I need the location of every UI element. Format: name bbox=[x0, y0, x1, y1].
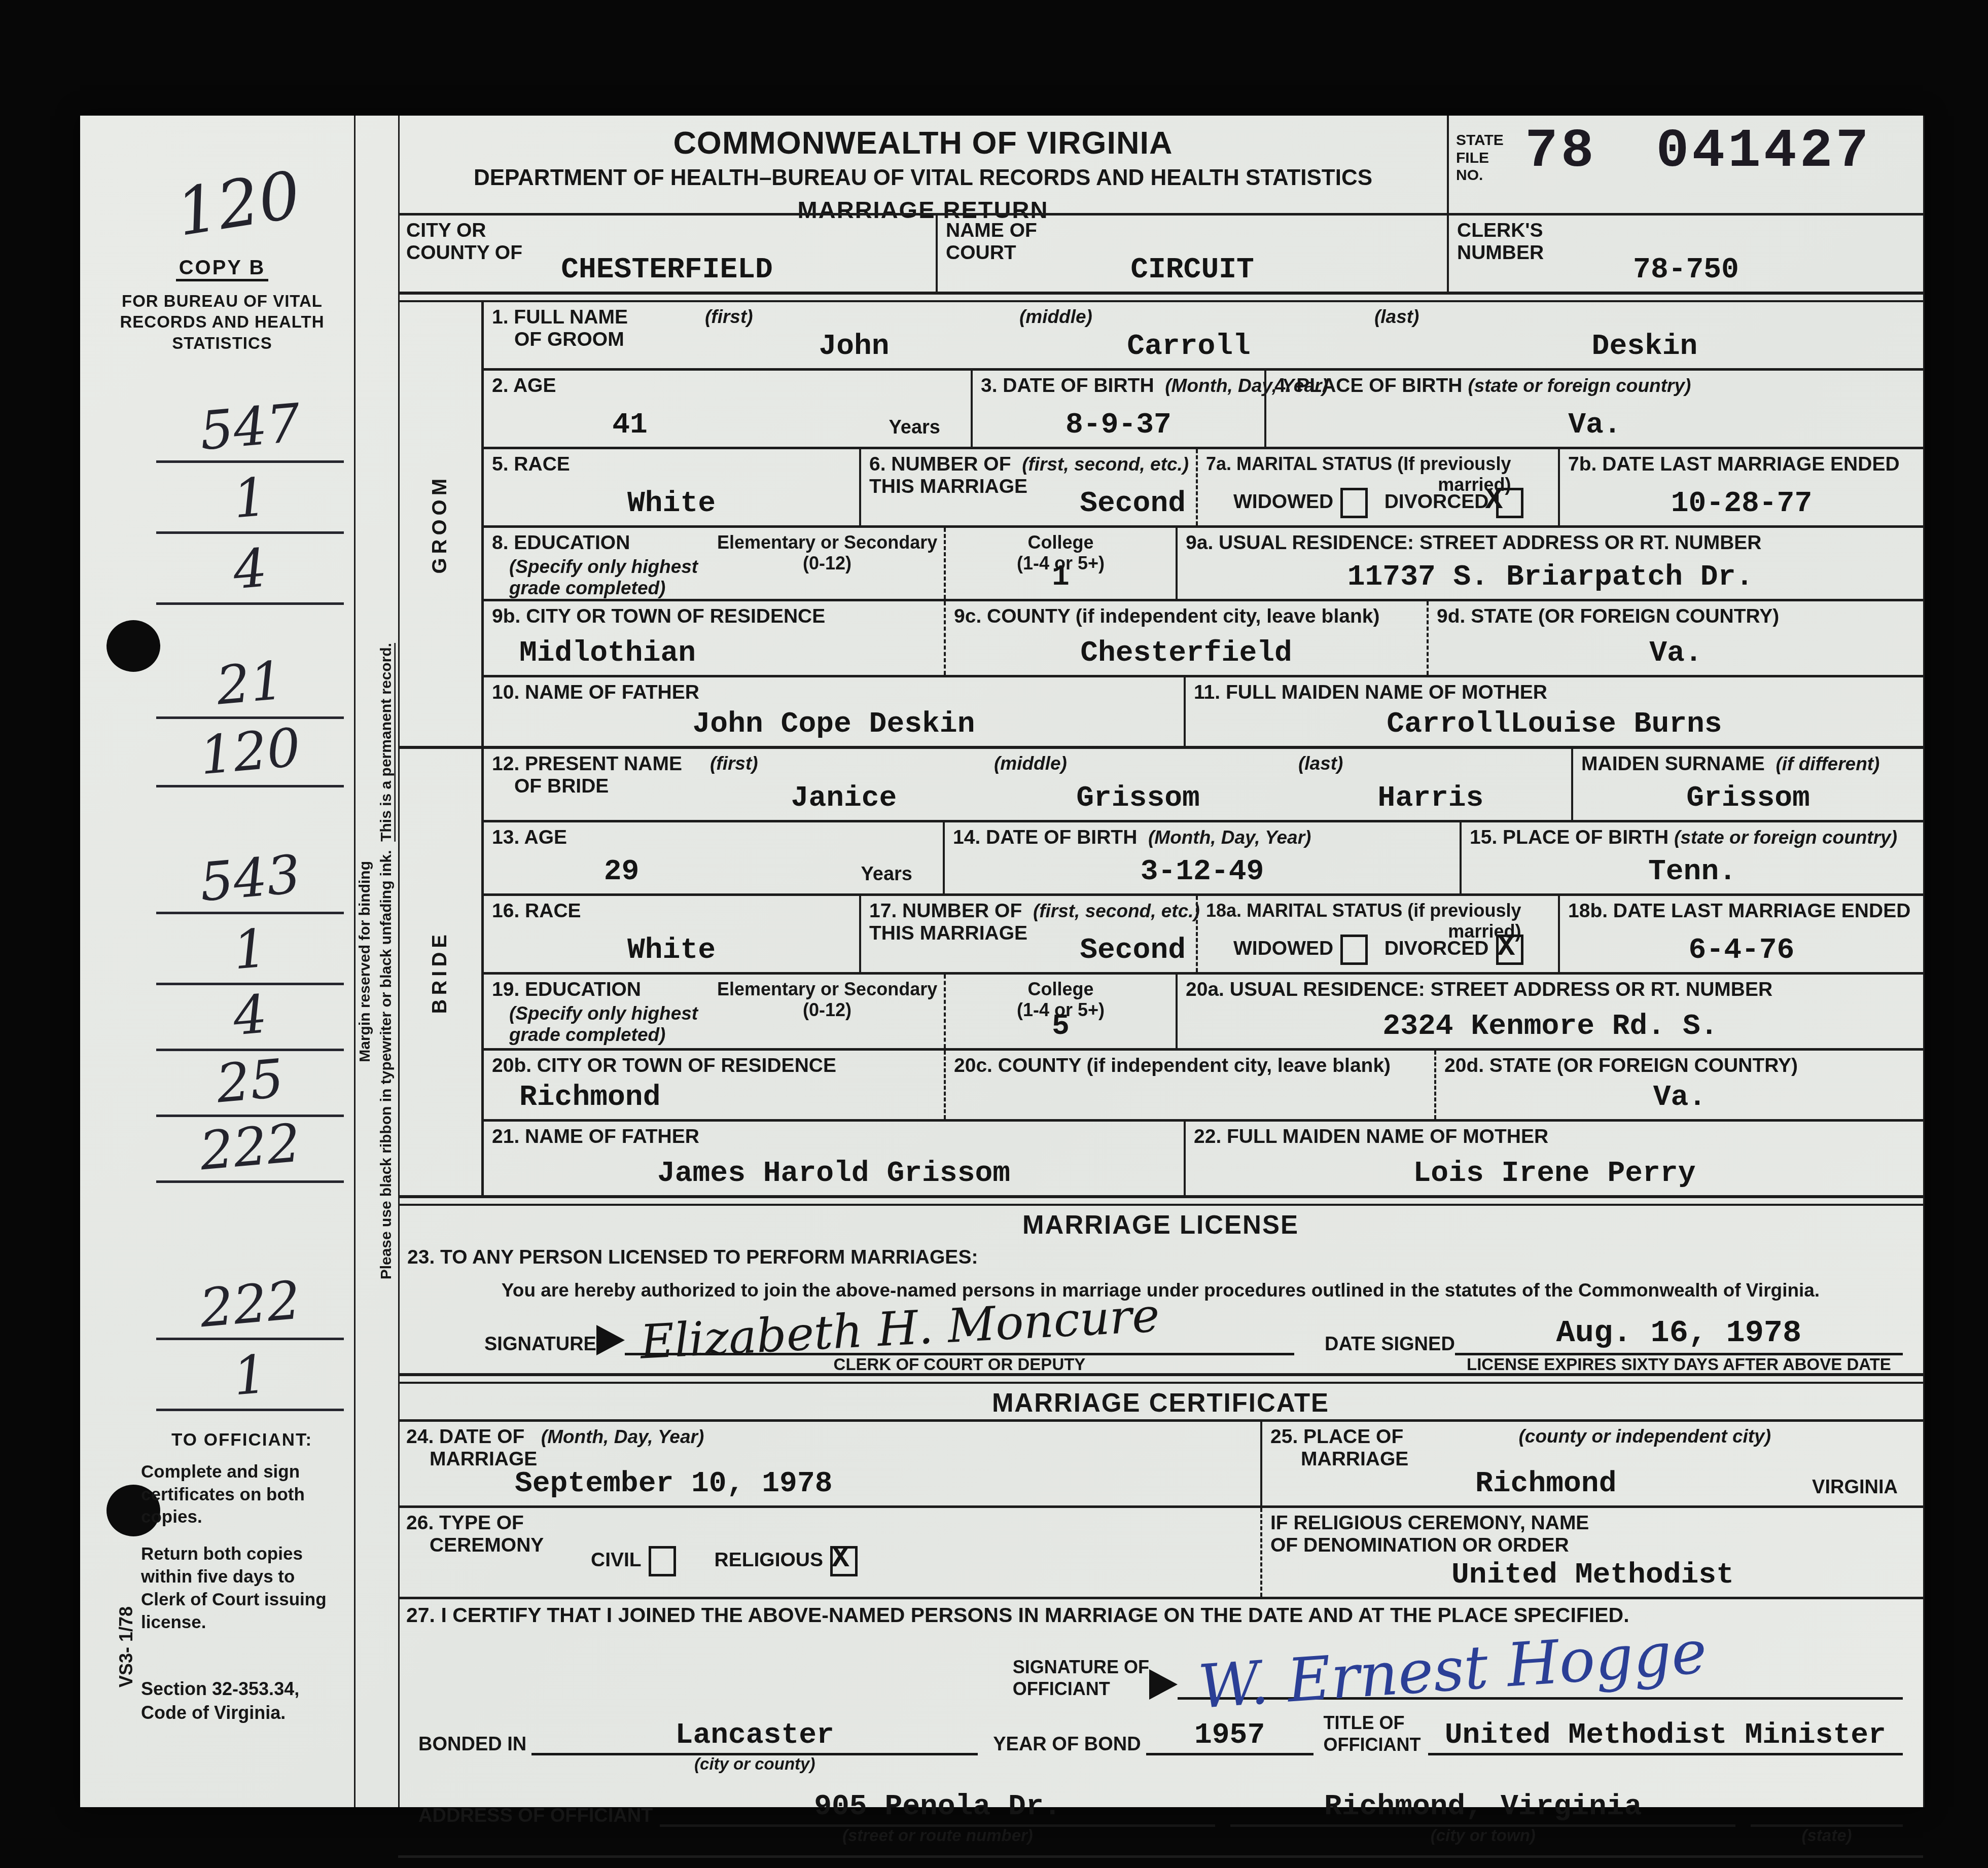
bride-side-label: BRIDE bbox=[398, 749, 484, 1195]
bride-age-row: 13. AGE 29 Years 14. DATE OF BIRTH (Mont… bbox=[484, 820, 1923, 893]
groom-state-of-residence: 9d. STATE (OR FOREIGN COUNTRY) Va. bbox=[1427, 601, 1923, 675]
officiant-signature-arrow-icon bbox=[1149, 1669, 1178, 1700]
form-code: VS3- 1/78 bbox=[116, 1606, 137, 1687]
tally-entry: 1 bbox=[156, 471, 344, 534]
groom-education: 8. EDUCATION (Specify only highestgrade … bbox=[484, 528, 944, 599]
bride-last-marriage-ended: 18b. DATE LAST MARRIAGE ENDED 6-4-76 bbox=[1558, 896, 1923, 972]
groom-first-name: (first) John bbox=[697, 302, 1011, 368]
bride-age: 13. AGE 29 Years bbox=[484, 822, 943, 893]
widowed-checkbox bbox=[1340, 488, 1368, 518]
groom-side-label: GROOM bbox=[398, 302, 484, 746]
tally-entry: 4 bbox=[156, 542, 344, 605]
address-of-officiant-label: ADDRESS OF OFFICIANT bbox=[418, 1805, 653, 1827]
bond-row: BONDED IN Lancaster (city or county) YEA… bbox=[398, 1706, 1923, 1782]
officiant-city-line: Richmond, Virginia (city or town) bbox=[1230, 1784, 1735, 1827]
tally-entry: 25 bbox=[156, 1054, 344, 1117]
state-file-label: STATE FILE NO. bbox=[1456, 132, 1517, 185]
state-file-number: 78 041427 bbox=[1525, 121, 1871, 183]
department-subtitle: DEPARTMENT OF HEALTH–BUREAU OF VITAL REC… bbox=[398, 161, 1448, 191]
date-signed-label: DATE SIGNED bbox=[1325, 1334, 1455, 1355]
date-signed-line: Aug. 16, 1978 LICENSE EXPIRES SIXTY DAYS… bbox=[1455, 1307, 1903, 1355]
groom-middle-name: (middle) Carroll bbox=[1011, 302, 1366, 368]
bride-city-row: 20b. CITY OR TOWN OF RESIDENCE Richmond … bbox=[484, 1048, 1923, 1119]
tally-entry: 1 bbox=[156, 922, 344, 985]
street-hint: (street or route number) bbox=[660, 1826, 1215, 1845]
bride-first-name: (first) Janice bbox=[702, 749, 986, 820]
groom-marriage-number: 6. NUMBER OF (first, second, etc.)THIS M… bbox=[859, 449, 1196, 525]
document-sheet: 120 COPY B FOR BUREAU OF VITAL RECORDS A… bbox=[80, 116, 1923, 1807]
tally-entry: 547 bbox=[156, 400, 344, 463]
civil-label: CIVIL bbox=[591, 1549, 642, 1571]
bride-maiden-surname: MAIDEN SURNAME (if different) Grissom bbox=[1571, 749, 1923, 820]
handwritten-top-number: 120 bbox=[171, 157, 306, 251]
license-expiry-note: LICENSE EXPIRES SIXTY DAYS AFTER ABOVE D… bbox=[1455, 1355, 1903, 1374]
to-officiant-instruction-2: Return both copies within five days to C… bbox=[141, 1543, 344, 1634]
bride-state-of-residence: 20d. STATE (OR FOREIGN COUNTRY) Va. bbox=[1434, 1051, 1923, 1119]
type-of-ceremony: 26. TYPE OFCEREMONY CIVIL RELIGIOUSX bbox=[398, 1508, 1260, 1597]
signature-label: SIGNATURE bbox=[484, 1334, 596, 1355]
divorced-checkbox: X bbox=[1496, 935, 1523, 965]
state-hint: (state) bbox=[1751, 1826, 1903, 1845]
city-or-county-value: CHESTERFIELD bbox=[398, 254, 936, 286]
copy-b-label: COPY B bbox=[126, 257, 318, 279]
bride-section: BRIDE 12. PRESENT NAMEOF BRIDE (first) J… bbox=[398, 746, 1923, 1195]
widowed-checkbox bbox=[1340, 935, 1368, 965]
groom-section: GROOM 1. FULL NAMEOF GROOM (first) John … bbox=[398, 302, 1923, 746]
groom-name-label: 1. FULL NAMEOF GROOM bbox=[484, 302, 697, 368]
to-officiant-note: TO OFFICIANT: Complete and sign certific… bbox=[141, 1429, 344, 1648]
groom-date-of-birth: 3. DATE OF BIRTH (Month, Day, Year) 8-9-… bbox=[971, 371, 1264, 447]
marriage-license-section: MARRIAGE LICENSE 23. TO ANY PERSON LICEN… bbox=[398, 1206, 1923, 1373]
bride-marriage-number: 17. NUMBER OF (first, second, etc.)THIS … bbox=[859, 896, 1196, 972]
field-name-of-court: NAME OF COURT CIRCUIT bbox=[936, 215, 1447, 292]
binding-note: Margin reserved for binding bbox=[357, 861, 374, 1062]
bride-mother: 22. FULL MAIDEN NAME OF MOTHER Lois Iren… bbox=[1184, 1122, 1923, 1195]
field-clerks-number: CLERK'S NUMBER 78-750 bbox=[1447, 215, 1923, 292]
commonwealth-title: COMMONWEALTH OF VIRGINIA bbox=[398, 116, 1448, 161]
tally-entry: 222 bbox=[156, 1277, 344, 1340]
groom-residence: 9a. USUAL RESIDENCE: STREET ADDRESS OR R… bbox=[1176, 528, 1923, 599]
denomination: IF RELIGIOUS CEREMONY, NAMEOF DENOMINATI… bbox=[1260, 1508, 1923, 1597]
year-of-bond-label: YEAR OF BOND bbox=[993, 1734, 1141, 1755]
divorced-label: DIVORCED bbox=[1384, 938, 1489, 959]
certify-statement: 27. I CERTIFY THAT I JOINED THE ABOVE-NA… bbox=[406, 1603, 1629, 1627]
license-addressee: 23. TO ANY PERSON LICENSED TO PERFORM MA… bbox=[407, 1246, 978, 1269]
license-title: MARRIAGE LICENSE bbox=[398, 1206, 1923, 1240]
tally-entry: 4 bbox=[156, 988, 344, 1051]
bride-name-row: 12. PRESENT NAMEOF BRIDE (first) Janice … bbox=[484, 749, 1923, 820]
religious-label: RELIGIOUS bbox=[715, 1549, 824, 1571]
to-officiant-title: TO OFFICIANT: bbox=[141, 1429, 344, 1452]
certificate-date-row: 24. DATE OF (Month, Day, Year)MARRIAGE S… bbox=[398, 1419, 1923, 1505]
bonded-in-hint: (city or county) bbox=[531, 1754, 978, 1774]
left-margin: 120 COPY B FOR BUREAU OF VITAL RECORDS A… bbox=[80, 116, 354, 1807]
bride-race: 16. RACE White bbox=[484, 896, 859, 972]
bonded-in-label: BONDED IN bbox=[418, 1734, 526, 1755]
certificate-certify-row: 27. I CERTIFY THAT I JOINED THE ABOVE-NA… bbox=[398, 1597, 1923, 1706]
divider bbox=[398, 1195, 1923, 1206]
bride-parents-row: 21. NAME OF FATHER James Harold Grissom … bbox=[484, 1119, 1923, 1195]
groom-age-row: 2. AGE 41 Years 3. DATE OF BIRTH (Month,… bbox=[484, 368, 1923, 447]
tally-entry: 120 bbox=[156, 724, 344, 787]
place-of-marriage: 25. PLACE OFMARRIAGE (county or independ… bbox=[1260, 1422, 1923, 1505]
certificate-ceremony-row: 26. TYPE OFCEREMONY CIVIL RELIGIOUSX IF … bbox=[398, 1505, 1923, 1597]
license-authorization-text: You are hereby authorized to join the ab… bbox=[398, 1280, 1923, 1301]
groom-race: 5. RACE White bbox=[484, 449, 859, 525]
bride-race-row: 16. RACE White 17. NUMBER OF (first, sec… bbox=[484, 893, 1923, 972]
widowed-label: WIDOWED bbox=[1233, 491, 1333, 513]
court-row: CITY OR COUNTY OF CHESTERFIELD NAME OF C… bbox=[398, 213, 1923, 292]
year-of-bond-line: 1957 bbox=[1146, 1712, 1313, 1755]
groom-marital-status: 7a. MARITAL STATUS (If previouslymarried… bbox=[1196, 449, 1558, 525]
groom-last-name: (last) Deskin bbox=[1366, 302, 1923, 368]
clerks-number-value: 78-750 bbox=[1449, 254, 1923, 286]
groom-city-row: 9b. CITY OR TOWN OF RESIDENCE Midlothian… bbox=[484, 599, 1923, 675]
bride-city-of-residence: 20b. CITY OR TOWN OF RESIDENCE Richmond bbox=[484, 1051, 944, 1119]
clerk-signature-line: Elizabeth H. Moncure CLERK OF COURT OR D… bbox=[625, 1307, 1294, 1355]
officiant-signature-label: SIGNATURE OFOFFICIANT bbox=[1013, 1656, 1149, 1700]
state-file-box: STATE FILE NO. 78 041427 bbox=[1447, 116, 1923, 213]
widowed-label: WIDOWED bbox=[1233, 938, 1333, 959]
religious-checkbox: X bbox=[830, 1546, 858, 1576]
groom-father: 10. NAME OF FATHER John Cope Deskin bbox=[484, 677, 1184, 746]
divorced-label: DIVORCED bbox=[1384, 491, 1489, 513]
bonded-in-line: Lancaster (city or county) bbox=[531, 1712, 978, 1755]
field-city-or-county: CITY OR COUNTY OF CHESTERFIELD bbox=[398, 215, 936, 292]
bride-father: 21. NAME OF FATHER James Harold Grissom bbox=[484, 1122, 1184, 1195]
place-state-label: VIRGINIA bbox=[1812, 1477, 1898, 1498]
bride-name-label: 12. PRESENT NAMEOF BRIDE bbox=[484, 749, 702, 820]
tally-entry: 21 bbox=[156, 656, 344, 719]
bride-middle-name: (middle) Grissom bbox=[986, 749, 1290, 820]
certificate-title: MARRIAGE CERTIFICATE bbox=[398, 1384, 1923, 1419]
code-section-reference: Section 32-353.34, Code of Virginia. bbox=[141, 1677, 344, 1725]
groom-age: 2. AGE 41 Years bbox=[484, 371, 971, 447]
groom-county-of-residence: 9c. COUNTY (if independent city, leave b… bbox=[944, 601, 1427, 675]
divider bbox=[398, 1373, 1923, 1384]
tally-entry: 222 bbox=[156, 1120, 344, 1183]
bride-marital-status: 18a. MARITAL STATUS (if previouslymarrie… bbox=[1196, 896, 1558, 972]
signature-arrow-icon bbox=[596, 1325, 625, 1355]
punch-hole bbox=[106, 620, 160, 672]
certify-statement-cell: 27. I CERTIFY THAT I JOINED THE ABOVE-NA… bbox=[398, 1599, 1923, 1706]
groom-mother: 11. FULL MAIDEN NAME OF MOTHER CarrollLo… bbox=[1184, 677, 1923, 746]
form-header: COMMONWEALTH OF VIRGINIA DEPARTMENT OF H… bbox=[398, 116, 1923, 213]
to-officiant-instruction-1: Complete and sign certificates on both c… bbox=[141, 1461, 344, 1529]
marriage-certificate-section: MARRIAGE CERTIFICATE 24. DATE OF (Month,… bbox=[398, 1384, 1923, 1858]
date-of-marriage: 24. DATE OF (Month, Day, Year)MARRIAGE S… bbox=[398, 1422, 1260, 1505]
title-of-officiant-line: United Methodist Minister bbox=[1428, 1712, 1903, 1755]
officiant-state-line: (state) bbox=[1751, 1784, 1903, 1827]
bride-last-name: (last) Harris bbox=[1290, 749, 1571, 820]
groom-race-row: 5. RACE White 6. NUMBER OF (first, secon… bbox=[484, 447, 1923, 525]
city-hint: (city or town) bbox=[1230, 1826, 1735, 1845]
title-of-officiant-label: TITLE OFOFFICIANT bbox=[1324, 1712, 1421, 1755]
groom-education-row: 8. EDUCATION (Specify only highestgrade … bbox=[484, 525, 1923, 599]
groom-name-row: 1. FULL NAMEOF GROOM (first) John (middl… bbox=[484, 302, 1923, 368]
binding-margin-strip: Margin reserved for binding Please use b… bbox=[354, 116, 400, 1807]
clerk-of-court-caption: CLERK OF COURT OR DEPUTY bbox=[625, 1355, 1294, 1374]
groom-city-of-residence: 9b. CITY OR TOWN OF RESIDENCE Midlothian bbox=[484, 601, 944, 675]
bride-place-of-birth: 15. PLACE OF BIRTH (state or foreign cou… bbox=[1460, 822, 1923, 893]
officiant-signature-line: W. Ernest Hogge bbox=[1178, 1646, 1903, 1700]
divorced-checkbox: X bbox=[1496, 488, 1523, 518]
bride-education-row: 19. EDUCATION (Specify only highestgrade… bbox=[484, 972, 1923, 1048]
groom-last-marriage-ended: 7b. DATE LAST MARRIAGE ENDED 10-28-77 bbox=[1558, 449, 1923, 525]
groom-college: College(1-4 or 5+) 1 bbox=[944, 528, 1176, 599]
bride-county-of-residence: 20c. COUNTY (if independent city, leave … bbox=[944, 1051, 1434, 1119]
bride-date-of-birth: 14. DATE OF BIRTH (Month, Day, Year) 3-1… bbox=[943, 822, 1460, 893]
scanned-marriage-return: { "margin": { "top_number": "120", "copy… bbox=[0, 0, 1988, 1868]
court-value: CIRCUIT bbox=[938, 254, 1447, 286]
bride-residence: 20a. USUAL RESIDENCE: STREET ADDRESS OR … bbox=[1176, 975, 1923, 1048]
copy-b-description: FOR BUREAU OF VITAL RECORDS AND HEALTH S… bbox=[116, 291, 329, 353]
officiant-street-line: 905 Penola Dr. (street or route number) bbox=[660, 1784, 1215, 1827]
bride-college: College(1-4 or 5+) 5 bbox=[944, 975, 1176, 1048]
groom-parents-row: 10. NAME OF FATHER John Cope Deskin 11. … bbox=[484, 675, 1923, 746]
groom-place-of-birth: 4. PLACE OF BIRTH (state or foreign coun… bbox=[1264, 371, 1923, 447]
date-signed-value: Aug. 16, 1978 bbox=[1455, 1315, 1903, 1351]
tally-entry: 543 bbox=[156, 851, 344, 914]
marriage-return-form: COMMONWEALTH OF VIRGINIA DEPARTMENT OF H… bbox=[398, 116, 1925, 1807]
divider bbox=[398, 292, 1923, 302]
bride-education: 19. EDUCATION (Specify only highestgrade… bbox=[484, 975, 944, 1048]
ink-note: Please use black ribbon in typewriter or… bbox=[378, 643, 395, 1279]
tally-entry: 1 bbox=[156, 1348, 344, 1411]
civil-checkbox bbox=[649, 1546, 676, 1576]
officiant-address-row: ADDRESS OF OFFICIANT 905 Penola Dr. (str… bbox=[398, 1782, 1923, 1858]
